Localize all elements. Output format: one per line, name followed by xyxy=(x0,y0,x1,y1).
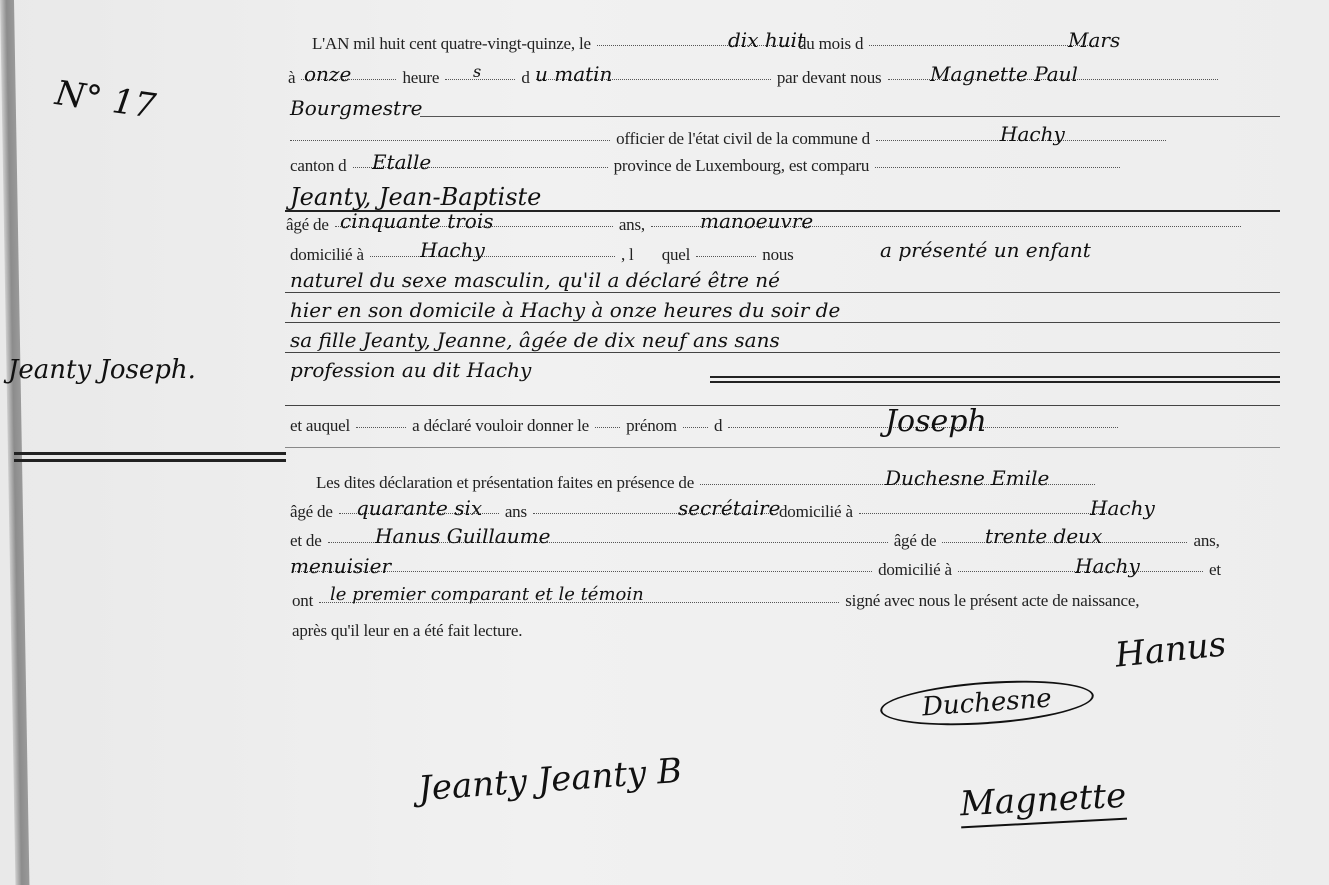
field-time-of-day: u matin xyxy=(535,62,612,86)
field-witness1-age: quarante six xyxy=(356,496,482,520)
field-declarant-age: cinquante trois xyxy=(340,209,494,233)
margin-double-rule-bottom xyxy=(14,459,286,462)
field-declarant-residence: Hachy xyxy=(420,238,485,262)
field-witness2-name: Hanus Guillaume xyxy=(375,524,550,548)
margin-double-rule-top xyxy=(14,452,286,455)
signature-witness2: Hanus xyxy=(1113,624,1228,675)
act-number: N° 17 xyxy=(53,73,158,127)
field-signers: le premier comparant et le témoin xyxy=(330,584,644,605)
signature-officer: Magnette xyxy=(959,776,1127,829)
narrative-5-rule-top xyxy=(710,376,1280,378)
page-binding-edge xyxy=(0,0,29,885)
line-hour: à heure d par devant nous xyxy=(288,67,1220,89)
register-page: N° 17 Jeanty Joseph. L'AN mil huit cent … xyxy=(0,0,1329,885)
field-canton: Etalle xyxy=(372,150,431,174)
narrative-5-rule-bottom xyxy=(710,381,1280,383)
signature-declarant: Jeanty Jeanty B xyxy=(417,751,683,809)
margin-child-name: Jeanty Joseph. xyxy=(8,355,196,385)
field-given-name: Joseph xyxy=(885,404,987,439)
field-officer-title: Bourgmestre xyxy=(290,96,422,120)
field-witness2-residence: Hachy xyxy=(1075,554,1140,578)
given-name-rule xyxy=(285,447,1280,448)
field-witness1-name: Duchesne Emile xyxy=(885,466,1049,490)
field-witness1-residence: Hachy xyxy=(1090,496,1155,520)
field-narrative-2: naturel du sexe masculin, qu'il a déclar… xyxy=(290,268,780,292)
line-residence: domicilié à , l quel nous xyxy=(290,244,794,266)
field-narrative-1: a présenté un enfant xyxy=(880,238,1091,262)
field-hour: onze xyxy=(304,62,351,86)
narrative-4-rule xyxy=(285,352,1280,353)
field-hour-suffix: s xyxy=(473,62,481,81)
field-month: Mars xyxy=(1068,28,1120,52)
field-narrative-3: hier en son domicile à Hachy à onze heur… xyxy=(290,298,840,322)
narrative-3-rule xyxy=(285,322,1280,323)
section-rule xyxy=(285,405,1280,406)
signature-witness1: Duchesne xyxy=(879,675,1095,732)
line-reading: après qu'il leur en a été fait lecture. xyxy=(292,620,522,642)
field-day: dix huit xyxy=(728,28,805,52)
field-witness1-occupation: secrétaire xyxy=(678,496,780,520)
field-officer-name: Magnette Paul xyxy=(930,62,1078,86)
field-witness2-age: trente deux xyxy=(985,524,1102,548)
field-witness2-occupation: menuisier xyxy=(290,554,391,578)
field-declarant-occupation: manoeuvre xyxy=(700,209,813,233)
narrative-2-rule xyxy=(285,292,1280,293)
field-declarant-name: Jeanty, Jean-Baptiste xyxy=(290,183,541,211)
field-narrative-5: profession au dit Hachy xyxy=(290,358,531,382)
field-commune: Hachy xyxy=(1000,122,1065,146)
officer-title-rule xyxy=(420,116,1280,117)
line-given-name: et auquel a déclaré vouloir donner le pr… xyxy=(290,415,1120,437)
field-narrative-4: sa fille Jeanty, Jeanne, âgée de dix neu… xyxy=(290,328,780,352)
line-year: L'AN mil huit cent quatre-vingt-quinze, … xyxy=(312,33,1096,55)
